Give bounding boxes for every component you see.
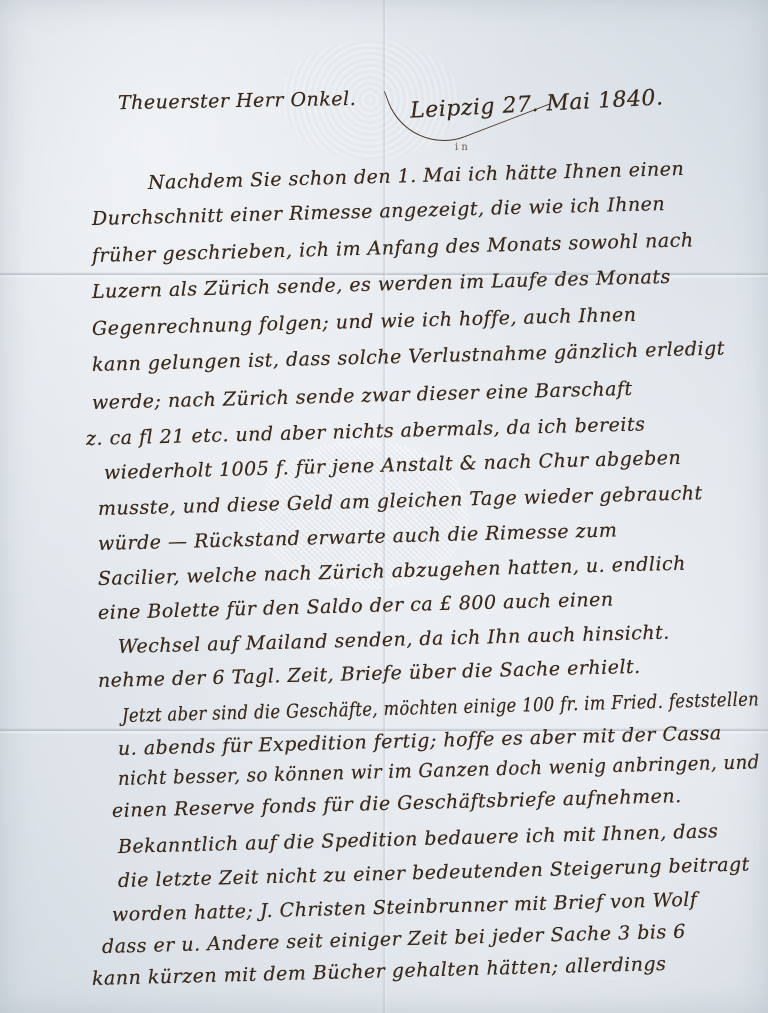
body-line: einen Reserve fonds für die Geschäftsbri… (112, 785, 682, 822)
body-line: Wechsel auf Mailand senden, da ich Ihn a… (118, 622, 670, 658)
place-date: Leipzig 27. Mai 1840. (410, 85, 665, 123)
body-line: Durchschnitt einer Rimesse angezeigt, di… (92, 193, 666, 230)
body-line: die letzte Zeit nicht zu einer bedeutend… (118, 853, 750, 892)
body-line: nehme der 6 Tagl. Zeit, Briefe über die … (98, 656, 641, 692)
body-line: kann gelungen ist, dass solche Verlustna… (92, 337, 725, 376)
body-line: worden hatte; J. Christen Steinbrunner m… (112, 889, 698, 926)
body-line: dass er u. Andere seit einiger Zeit bei … (102, 921, 686, 958)
body-line: Gegenrechnung folgen; und wie ich hoffe,… (92, 304, 637, 340)
small-mark: i n (455, 142, 468, 153)
letter-page: Theuerster Herr Onkel. Leipzig 27. Mai 1… (0, 0, 768, 1013)
body-line: Nachdem Sie schon den 1. Mai ich hätte I… (148, 158, 685, 194)
salutation: Theuerster Herr Onkel. (118, 88, 357, 114)
body-line: früher geschrieben, ich im Anfang des Mo… (92, 229, 694, 267)
body-line: eine Bolette für den Saldo der ca £ 800 … (98, 589, 614, 624)
body-line: Jetzt aber sind die Geschäfte, möchten e… (122, 688, 760, 727)
body-line: Bekanntlich auf die Spedition bedauere i… (118, 820, 719, 858)
body-line: werde; nach Zürich sende zwar dieser ein… (92, 378, 633, 414)
body-line: kann kürzen mit dem Bücher gehalten hätt… (92, 953, 667, 990)
